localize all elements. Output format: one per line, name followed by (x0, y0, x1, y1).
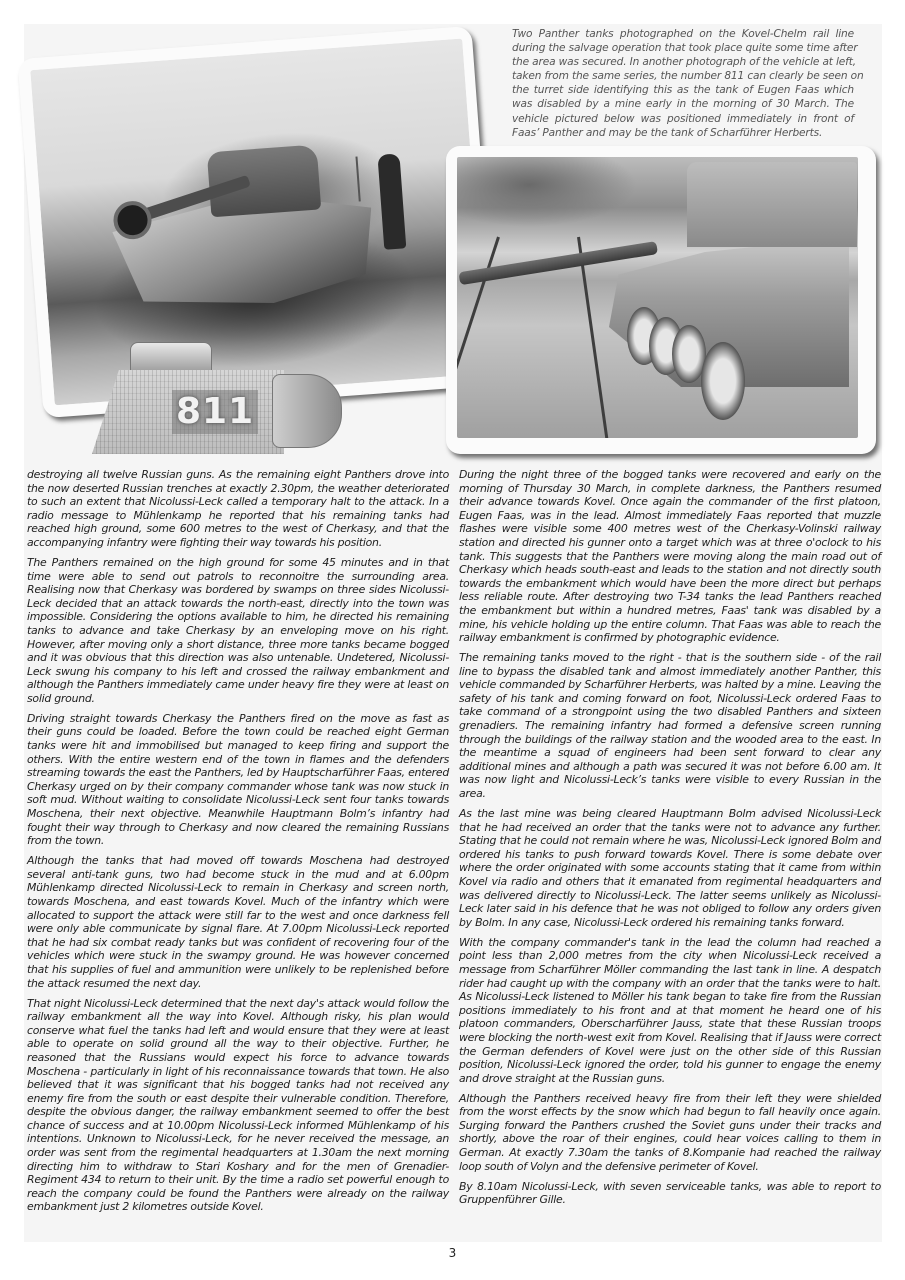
text-column-left: destroying all twelve Russian guns. As t… (27, 468, 449, 1220)
caption-line: during the salvage operation that took p… (512, 41, 854, 55)
paragraph: Although the Panthers received heavy fir… (459, 1092, 881, 1174)
caption-line: the area was secured. In another photogr… (512, 55, 854, 69)
page-number: 3 (0, 1246, 905, 1260)
telegraph-pole-shape (355, 157, 360, 202)
caption-line: taken from the same series, the number 8… (512, 69, 854, 83)
paragraph: That night Nicolussi-Leck determined tha… (27, 997, 449, 1215)
tank-turret-shape (207, 144, 321, 217)
turret-811-emblem: 811 (92, 338, 342, 456)
caption-line: was disabled by a mine early in the morn… (512, 97, 854, 111)
caption-line: the turret side identifying this as the … (512, 83, 854, 97)
cloud-shape (457, 157, 637, 227)
soldier-figure (377, 153, 406, 249)
cupola-shape (130, 342, 212, 374)
photo-caption: Two Panther tanks photographed on the Ko… (512, 27, 854, 140)
caption-line: vehicle pictured below was positioned im… (512, 112, 854, 126)
road-wheel-shape (701, 342, 745, 420)
paragraph: Driving straight towards Cherkasy the Pa… (27, 712, 449, 848)
turret-number: 811 (172, 390, 258, 434)
paragraph: With the company commander's tank in the… (459, 936, 881, 1086)
paragraph: destroying all twelve Russian guns. As t… (27, 468, 449, 550)
caption-line: Two Panther tanks photographed on the Ko… (512, 27, 854, 41)
paragraph: As the last mine was being cleared Haupt… (459, 807, 881, 929)
tank-turret-shape (687, 162, 857, 247)
paragraph: The Panthers remained on the high ground… (27, 556, 449, 706)
photo-image (457, 157, 858, 438)
paragraph: Although the tanks that had moved off to… (27, 854, 449, 990)
caption-line: Faas’ Panther and may be the tank of Sch… (512, 126, 854, 140)
paragraph: By 8.10am Nicolussi-Leck, with seven ser… (459, 1180, 881, 1207)
gun-mantlet-shape (272, 374, 342, 448)
rail-shape (577, 237, 609, 438)
photo-panther-railway (446, 146, 876, 454)
text-column-right: During the night three of the bogged tan… (459, 468, 881, 1213)
paragraph: During the night three of the bogged tan… (459, 468, 881, 645)
paragraph: The remaining tanks moved to the right -… (459, 651, 881, 801)
